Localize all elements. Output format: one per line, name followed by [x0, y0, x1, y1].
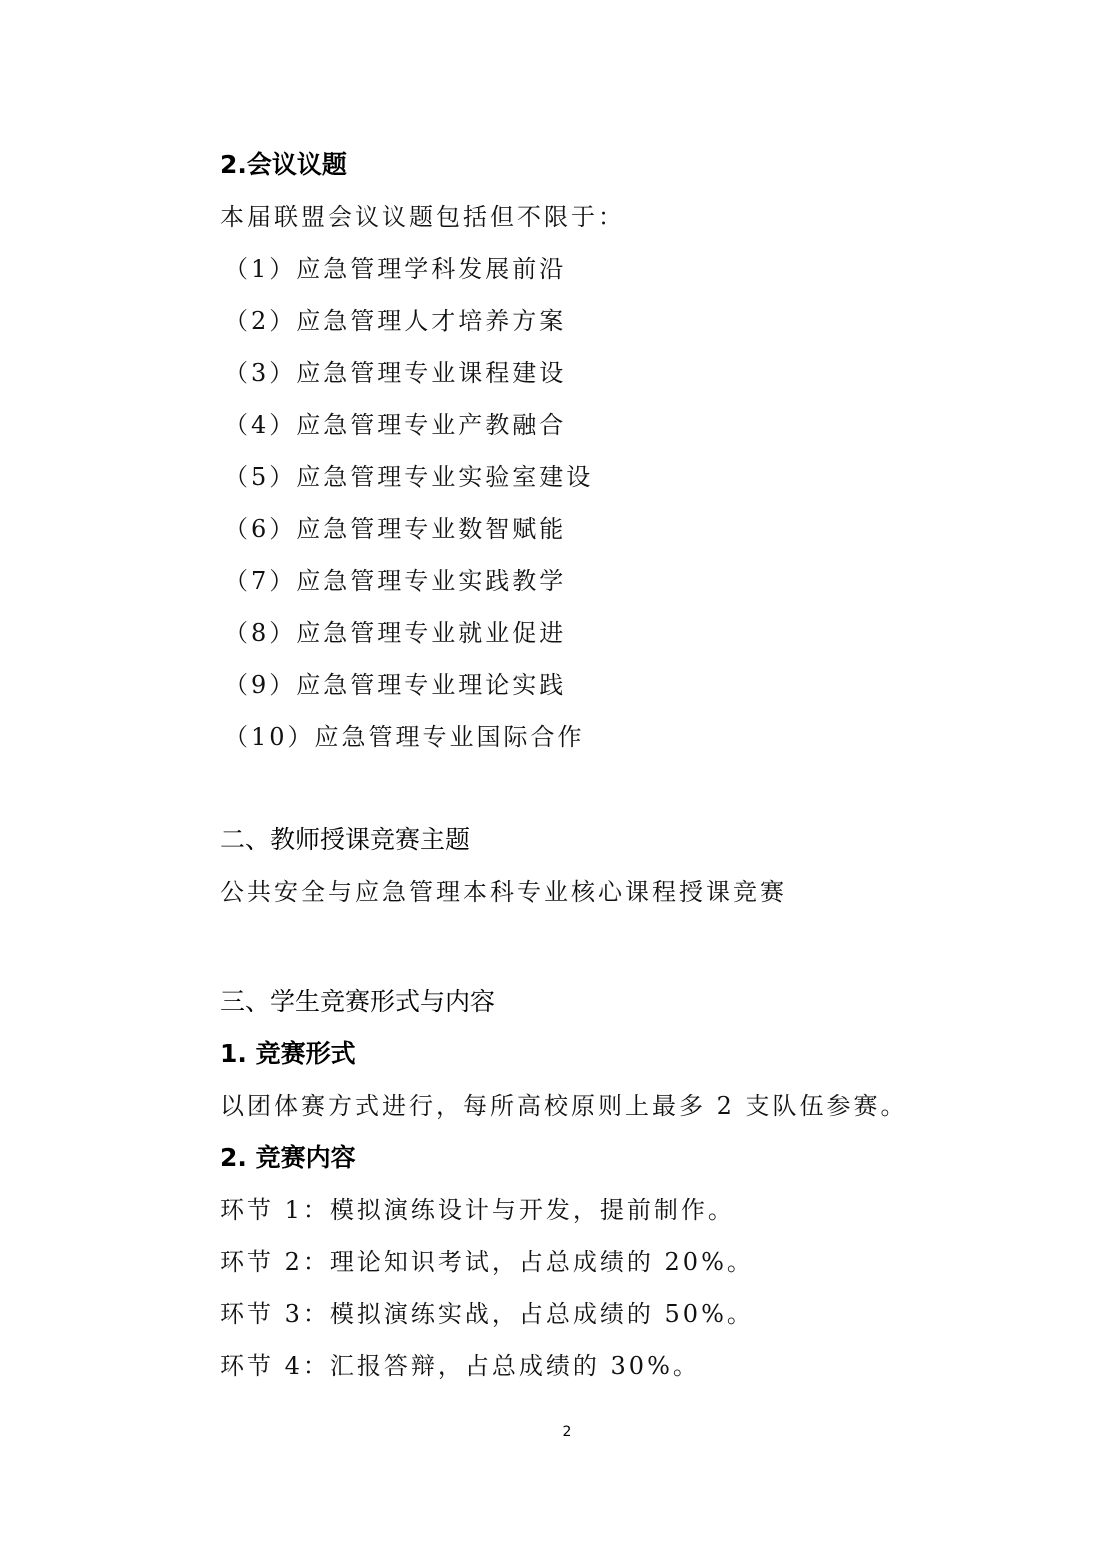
meeting-topics-intro: 本届联盟会议议题包括但不限于： — [220, 202, 625, 232]
document-page: 2.会议议题 本届联盟会议议题包括但不限于： （1）应急管理学科发展前沿 （2）… — [0, 0, 1102, 1559]
meeting-topic-item: （1）应急管理学科发展前沿 — [224, 254, 566, 284]
meeting-topic-item: （4）应急管理专业产教融合 — [224, 410, 566, 440]
competition-content-heading: 2. 竞赛内容 — [220, 1143, 356, 1173]
teacher-competition-body: 公共安全与应急管理本科专业核心课程授课竞赛 — [220, 877, 787, 907]
page-number: 2 — [0, 1424, 1102, 1440]
competition-stage: 环节 4：汇报答辩，占总成绩的 30%。 — [220, 1351, 700, 1381]
competition-stage: 环节 2：理论知识考试，占总成绩的 20%。 — [220, 1247, 754, 1277]
meeting-topic-item: （8）应急管理专业就业促进 — [224, 618, 566, 648]
student-competition-heading: 三、学生竞赛形式与内容 — [220, 987, 495, 1017]
meeting-topic-item: （5）应急管理专业实验室建设 — [224, 462, 593, 492]
meeting-topics-heading: 2.会议议题 — [220, 150, 347, 180]
teacher-competition-heading: 二、教师授课竞赛主题 — [220, 825, 470, 855]
competition-stage: 环节 1：模拟演练设计与开发，提前制作。 — [220, 1195, 735, 1225]
meeting-topic-item: （2）应急管理人才培养方案 — [224, 306, 566, 336]
meeting-topic-item: （3）应急管理专业课程建设 — [224, 358, 566, 388]
meeting-topic-item: （9）应急管理专业理论实践 — [224, 670, 566, 700]
meeting-topic-item: （6）应急管理专业数智赋能 — [224, 514, 566, 544]
competition-format-heading: 1. 竞赛形式 — [220, 1039, 356, 1069]
meeting-topic-item: （7）应急管理专业实践教学 — [224, 566, 566, 596]
competition-stage: 环节 3：模拟演练实战，占总成绩的 50%。 — [220, 1299, 754, 1329]
competition-format-body: 以团体赛方式进行，每所高校原则上最多 2 支队伍参赛。 — [220, 1091, 908, 1121]
meeting-topic-item: （10）应急管理专业国际合作 — [224, 722, 585, 752]
